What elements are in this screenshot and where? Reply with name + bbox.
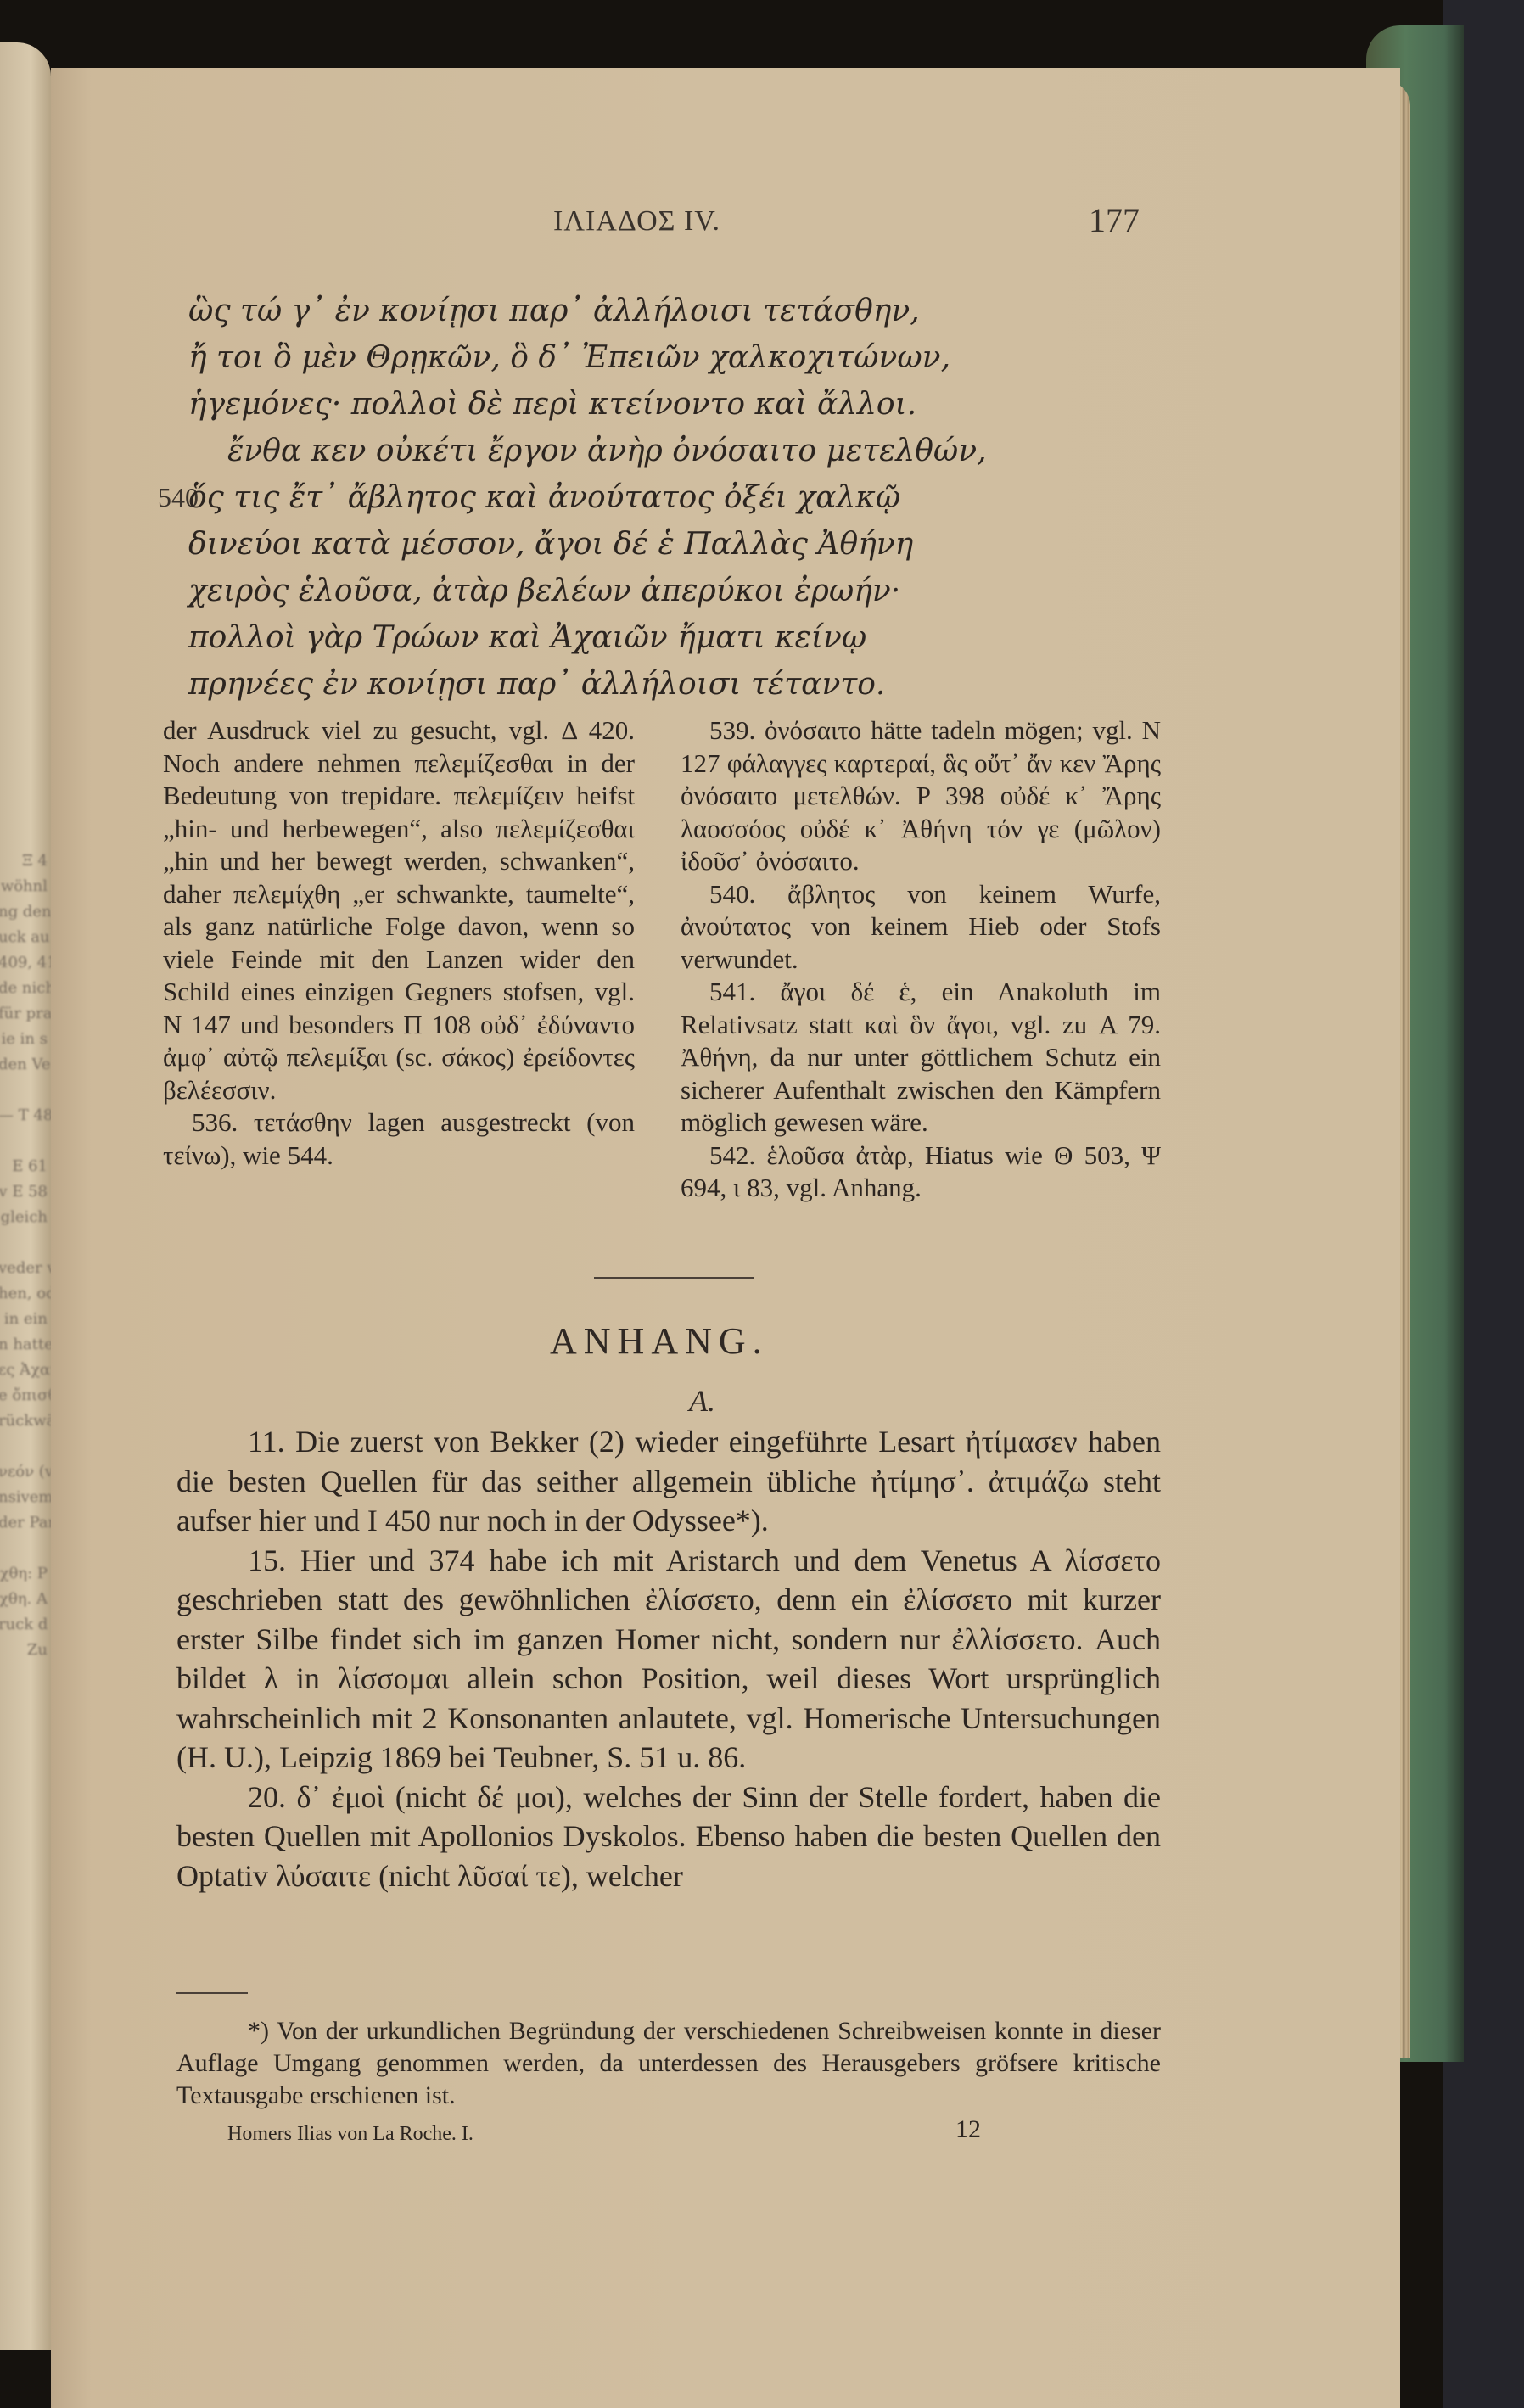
verse-line: ἡγεμόνες· πολλοὶ δὲ περὶ κτείνοντο καὶ ἄ…	[188, 387, 916, 422]
commentary-note: der Ausdruck viel zu gesucht, vgl. Δ 420…	[163, 714, 635, 1106]
verse-line: πολλοὶ γὰρ Τρώων καὶ Ἀχαιῶν ἤματι κείνῳ	[188, 620, 866, 655]
appendix-body: 11. Die zuerst von Bekker (2) wieder ein…	[176, 1422, 1161, 1896]
appendix-paragraph: 15. Hier und 374 habe ich mit Aristarch …	[176, 1541, 1161, 1778]
verse-line: πρηνέες ἐν κονίῃσι παρ᾽ ἀλλήλοισι τέταντ…	[188, 667, 885, 702]
commentary-left-column: der Ausdruck viel zu gesucht, vgl. Δ 420…	[163, 714, 635, 1172]
verse-line: χειρὸς ἑλοῦσα, ἀτὰρ βελέων ἀπερύκοι ἐρωή…	[188, 574, 900, 608]
verse-line: ἤ τοι ὃ μὲν Θρῃκῶν, ὃ δ᾽ Ἐπειῶν χαλκοχιτ…	[188, 340, 950, 375]
commentary-note: 540. ἄβλητος von keinem Wurfe, ἀνούτατος…	[681, 878, 1161, 977]
verse-line: ὅς τις ἔτ᾽ ἄβλητος καὶ ἀνούτατος ὀξέι χα…	[188, 480, 900, 515]
appendix-section-label: A.	[689, 1383, 715, 1419]
page-number: 177	[1089, 200, 1140, 240]
commentary-note: 536. τετάσθην lagen ausgestreckt (von τε…	[163, 1106, 635, 1172]
appendix-title: ANHANG.	[550, 1319, 769, 1363]
footnote-rule	[176, 1992, 248, 1994]
appendix-paragraph: 20. δ᾽ ἐμοὶ (nicht δέ μοι), welches der …	[176, 1778, 1161, 1896]
section-divider	[594, 1277, 754, 1279]
commentary-note: 541. ἄγοι δέ ἑ, ein Anakoluth im Relativ…	[681, 976, 1161, 1140]
footnote: *) Von der urkundlichen Begründung der v…	[176, 2015, 1161, 2112]
signature-line: Homers Ilias von La Roche. I.	[227, 2123, 473, 2146]
commentary-note: 539. ὀνόσαιτο hätte tadeln mögen; vgl. N…	[681, 714, 1161, 878]
verse-line: ὣς τώ γ᾽ ἐν κονίῃσι παρ᾽ ἀλλήλοισι τετάσ…	[188, 294, 920, 328]
verse-line: ἔνθα κεν οὐκέτι ἔργον ἀνὴρ ὀνόσαιτο μετε…	[227, 434, 987, 468]
running-head: ΙΛΙΑΔΟΣ IV.	[553, 205, 720, 238]
signature-number: 12	[955, 2115, 981, 2144]
commentary-right-column: 539. ὀνόσαιτο hätte tadeln mögen; vgl. N…	[681, 714, 1161, 1205]
facing-page-left: Ξ 4 wöhnl ng den uck au 409, 41 de nich …	[0, 42, 51, 2350]
commentary-note: 542. ἑλοῦσα ἀτὰρ, Hiatus wie Θ 503, Ψ 69…	[681, 1140, 1161, 1205]
facing-page-text: Ξ 4 wöhnl ng den uck au 409, 41 de nich …	[0, 848, 48, 1663]
verse-line: δινεύοι κατὰ μέσσον, ἄγοι δέ ἑ Παλλὰς Ἀθ…	[188, 527, 913, 562]
appendix-paragraph: 11. Die zuerst von Bekker (2) wieder ein…	[176, 1422, 1161, 1541]
